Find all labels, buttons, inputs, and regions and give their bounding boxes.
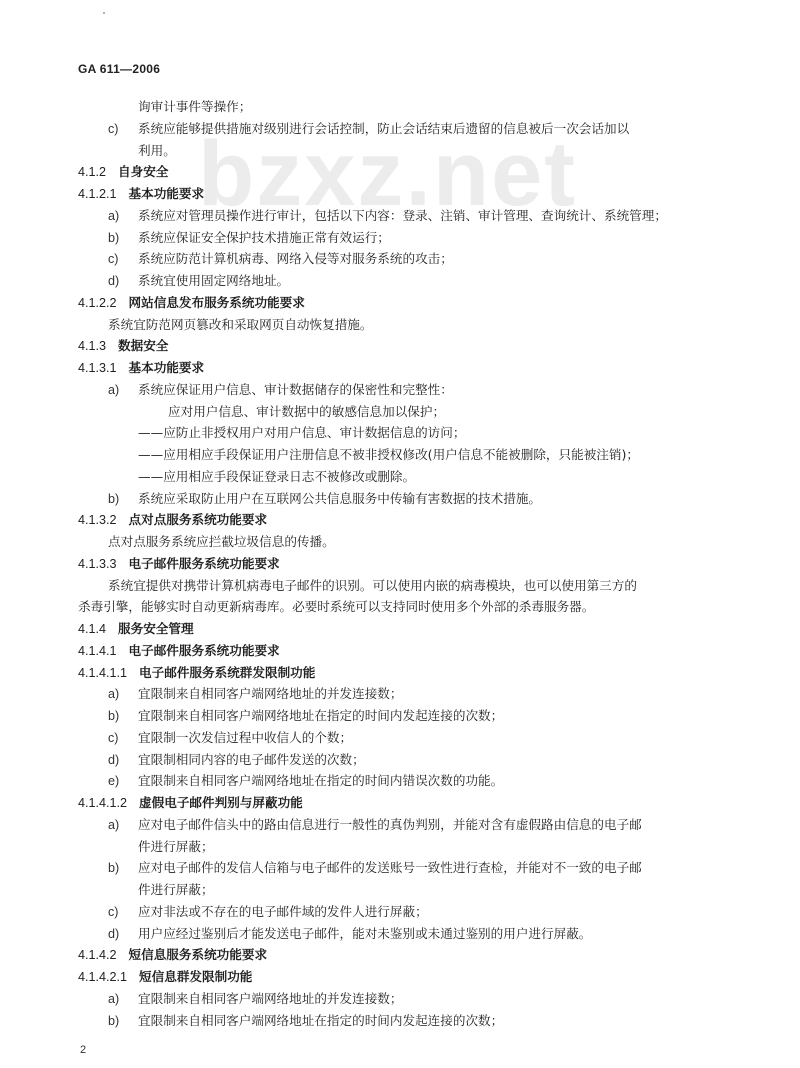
paragraph-line: 系统宜提供对携带计算机病毒电子邮件的识别。可以使用内嵌的病毒模块，也可以使用第三… (108, 575, 800, 597)
line-text: 系统应能够提供措施对级别进行会话控制，防止会话结束后遗留的信息被后一次会话加以 (138, 121, 629, 136)
line-text: ——应用相应手段保证登录日志不被修改或删除。 (138, 469, 415, 484)
list-item: b)宜限制来自相同客户端网络地址在指定的时间内发起连接的次数； (108, 705, 800, 727)
list-marker: b) (108, 858, 138, 880)
section-heading: 4.1.4服务安全管理 (78, 618, 800, 640)
line-text: 用户应经过鉴别后才能发送电子邮件，能对未鉴别或未通过鉴别的用户进行屏蔽。 (138, 926, 591, 941)
list-marker: d) (108, 271, 138, 293)
list-item: a)系统应对管理员操作进行审计，包括以下内容：登录、注销、审计管理、查询统计、系… (108, 205, 800, 227)
list-item: d)用户应经过鉴别后才能发送电子邮件，能对未鉴别或未通过鉴别的用户进行屏蔽。 (108, 923, 800, 945)
line-text: 自身安全 (118, 164, 168, 179)
line-text: 短信息服务系统功能要求 (129, 947, 268, 962)
list-marker: e) (108, 771, 138, 793)
list-item: b)宜限制来自相同客户端网络地址在指定的时间内发起连接的次数； (108, 1010, 800, 1032)
line-text: 点对点服务系统应拦截垃圾信息的传播。 (108, 534, 335, 549)
list-item: c)系统应防范计算机病毒、网络入侵等对服务系统的攻击； (108, 248, 800, 270)
list-item: a)应对电子邮件信头中的路由信息进行一般性的真伪判别，并能对含有虚假路由信息的电… (108, 814, 800, 836)
section-heading: 4.1.4.2.1短信息群发限制功能 (78, 966, 800, 988)
paragraph-line: 件进行屏蔽； (138, 879, 800, 901)
list-item: b)系统应保证安全保护技术措施正常有效运行； (108, 227, 800, 249)
standard-code-header: GA 611—2006 (78, 62, 160, 76)
section-heading: 4.1.2自身安全 (78, 161, 800, 183)
section-number: 4.1.4.2.1 (78, 967, 127, 989)
list-marker: a) (108, 815, 138, 837)
list-item: a)系统应保证用户信息、审计数据储存的保密性和完整性： (108, 379, 800, 401)
line-text: 系统应保证用户信息、审计数据储存的保密性和完整性： (138, 382, 453, 397)
list-marker: b) (108, 706, 138, 728)
line-text: ——应防止非授权用户对用户信息、审计数据信息的访问； (138, 425, 465, 440)
line-text: 宜限制来自相同客户端网络地址的并发连接数； (138, 991, 402, 1006)
line-text: 服务安全管理 (118, 621, 194, 636)
section-heading: 4.1.3.2点对点服务系统功能要求 (78, 509, 800, 531)
line-text: 系统应对管理员操作进行审计，包括以下内容：登录、注销、审计管理、查询统计、系统管… (138, 208, 667, 223)
paragraph-line: 杀毒引擎，能够实时自动更新病毒库。必要时系统可以支持同时使用多个外部的杀毒服务器… (78, 596, 800, 618)
list-marker: a) (108, 684, 138, 706)
paragraph-line: 询审计事件等操作； (138, 96, 800, 118)
dash-item: ——应用相应手段保证用户注册信息不被非授权修改(用户信息不能被删除，只能被注销)… (138, 444, 800, 466)
section-number: 4.1.4 (78, 619, 106, 641)
section-number: 4.1.3.3 (78, 554, 117, 576)
line-text: 应对用户信息、审计数据中的敏感信息加以保护； (168, 404, 445, 419)
list-marker: c) (108, 249, 138, 271)
document-page: GA 611—2006 bzxz.net 询审计事件等操作；c)系统应能够提供措… (0, 0, 800, 1068)
list-marker: b) (108, 489, 138, 511)
section-heading: 4.1.3.1基本功能要求 (78, 357, 800, 379)
list-item: e)宜限制来自相同客户端网络地址在指定的时间内错误次数的功能。 (108, 770, 800, 792)
line-text: 应对非法或不存在的电子邮件域的发件人进行屏蔽； (138, 904, 428, 919)
list-marker: c) (108, 902, 138, 924)
list-item: b)应对电子邮件的发信人信箱与电子邮件的发送账号一致性进行查检，并能对不一致的电… (108, 857, 800, 879)
line-text: 短信息群发限制功能 (139, 969, 252, 984)
document-body: 询审计事件等操作；c)系统应能够提供措施对级别进行会话控制，防止会话结束后遗留的… (0, 96, 800, 1031)
line-text: 件进行屏蔽； (138, 839, 214, 854)
line-text: 基本功能要求 (129, 186, 205, 201)
section-heading: 4.1.4.1.1电子邮件服务系统群发限制功能 (78, 662, 800, 684)
list-marker: c) (108, 119, 138, 141)
section-number: 4.1.4.2 (78, 945, 117, 967)
list-item: c)应对非法或不存在的电子邮件域的发件人进行屏蔽； (108, 901, 800, 923)
list-marker: d) (108, 924, 138, 946)
list-item: c)系统应能够提供措施对级别进行会话控制，防止会话结束后遗留的信息被后一次会话加… (108, 118, 800, 140)
section-number: 4.1.3.2 (78, 510, 117, 532)
line-text: 系统宜提供对携带计算机病毒电子邮件的识别。可以使用内嵌的病毒模块，也可以使用第三… (108, 578, 637, 593)
line-text: 系统宜防范网页篡改和采取网页自动恢复措施。 (108, 317, 372, 332)
line-text: 基本功能要求 (129, 360, 205, 375)
line-text: 电子邮件服务系统功能要求 (129, 643, 280, 658)
line-text: 虚假电子邮件判别与屏蔽功能 (139, 795, 303, 810)
line-text: 宜限制来自相同客户端网络地址在指定的时间内错误次数的功能。 (138, 773, 503, 788)
paragraph-line: 点对点服务系统应拦截垃圾信息的传播。 (108, 531, 800, 553)
list-marker: c) (108, 728, 138, 750)
list-item: d)系统宜使用固定网络地址。 (108, 270, 800, 292)
line-text: 宜限制来自相同客户端网络地址的并发连接数； (138, 686, 402, 701)
line-text: 应对电子邮件信头中的路由信息进行一般性的真伪判别，并能对含有虚假路由信息的电子邮 (138, 817, 642, 832)
section-heading: 4.1.3数据安全 (78, 335, 800, 357)
section-heading: 4.1.4.1.2虚假电子邮件判别与屏蔽功能 (78, 792, 800, 814)
line-text: ——应用相应手段保证用户注册信息不被非授权修改(用户信息不能被删除，只能被注销)… (138, 447, 639, 462)
page-number: 2 (80, 1044, 86, 1056)
section-heading: 4.1.4.2短信息服务系统功能要求 (78, 944, 800, 966)
line-text: 件进行屏蔽； (138, 882, 214, 897)
list-marker: b) (108, 1011, 138, 1033)
line-text: 应对电子邮件的发信人信箱与电子邮件的发送账号一致性进行查检，并能对不一致的电子邮 (138, 860, 642, 875)
line-text: 系统宜使用固定网络地址。 (138, 273, 289, 288)
line-text: 杀毒引擎，能够实时自动更新病毒库。必要时系统可以支持同时使用多个外部的杀毒服务器… (78, 599, 594, 614)
line-text: 利用。 (138, 143, 176, 158)
list-item: d)宜限制相同内容的电子邮件发送的次数； (108, 749, 800, 771)
line-text: 数据安全 (118, 338, 168, 353)
list-marker: d) (108, 750, 138, 772)
list-marker: a) (108, 989, 138, 1011)
line-text: 宜限制相同内容的电子邮件发送的次数； (138, 752, 365, 767)
paragraph-line: 利用。 (138, 140, 800, 162)
section-heading: 4.1.2.2网站信息发布服务系统功能要求 (78, 292, 800, 314)
paragraph-line: 应对用户信息、审计数据中的敏感信息加以保护； (168, 401, 800, 423)
section-number: 4.1.3.1 (78, 358, 117, 380)
dash-item: ——应防止非授权用户对用户信息、审计数据信息的访问； (138, 422, 800, 444)
section-number: 4.1.2.2 (78, 293, 117, 315)
line-text: 点对点服务系统功能要求 (129, 512, 268, 527)
line-text: 电子邮件服务系统群发限制功能 (139, 665, 315, 680)
line-text: 宜限制来自相同客户端网络地址在指定的时间内发起连接的次数； (138, 1013, 503, 1028)
line-text: 电子邮件服务系统功能要求 (129, 556, 280, 571)
list-item: c)宜限制一次发信过程中收信人的个数； (108, 727, 800, 749)
list-marker: b) (108, 228, 138, 250)
section-number: 4.1.2.1 (78, 184, 117, 206)
line-text: 宜限制一次发信过程中收信人的个数； (138, 730, 352, 745)
dash-item: ——应用相应手段保证登录日志不被修改或删除。 (138, 466, 800, 488)
section-number: 4.1.3 (78, 336, 106, 358)
paragraph-line: 系统宜防范网页篡改和采取网页自动恢复措施。 (108, 314, 800, 336)
line-text: 系统应防范计算机病毒、网络入侵等对服务系统的攻击； (138, 251, 453, 266)
list-marker: a) (108, 206, 138, 228)
list-marker: a) (108, 380, 138, 402)
section-heading: 4.1.4.1电子邮件服务系统功能要求 (78, 640, 800, 662)
line-text: 系统应保证安全保护技术措施正常有效运行； (138, 230, 390, 245)
section-heading: 4.1.3.3电子邮件服务系统功能要求 (78, 553, 800, 575)
section-heading: 4.1.2.1基本功能要求 (78, 183, 800, 205)
scan-speck (103, 12, 105, 14)
section-number: 4.1.4.1.1 (78, 663, 127, 685)
paragraph-line: 件进行屏蔽； (138, 836, 800, 858)
section-number: 4.1.4.1 (78, 641, 117, 663)
section-number: 4.1.2 (78, 162, 106, 184)
line-text: 询审计事件等操作； (138, 99, 251, 114)
line-text: 宜限制来自相同客户端网络地址在指定的时间内发起连接的次数； (138, 708, 503, 723)
list-item: a)宜限制来自相同客户端网络地址的并发连接数； (108, 988, 800, 1010)
section-number: 4.1.4.1.2 (78, 793, 127, 815)
list-item: b)系统应采取防止用户在互联网公共信息服务中传输有害数据的技术措施。 (108, 488, 800, 510)
line-text: 网站信息发布服务系统功能要求 (129, 295, 305, 310)
list-item: a)宜限制来自相同客户端网络地址的并发连接数； (108, 683, 800, 705)
line-text: 系统应采取防止用户在互联网公共信息服务中传输有害数据的技术措施。 (138, 491, 541, 506)
